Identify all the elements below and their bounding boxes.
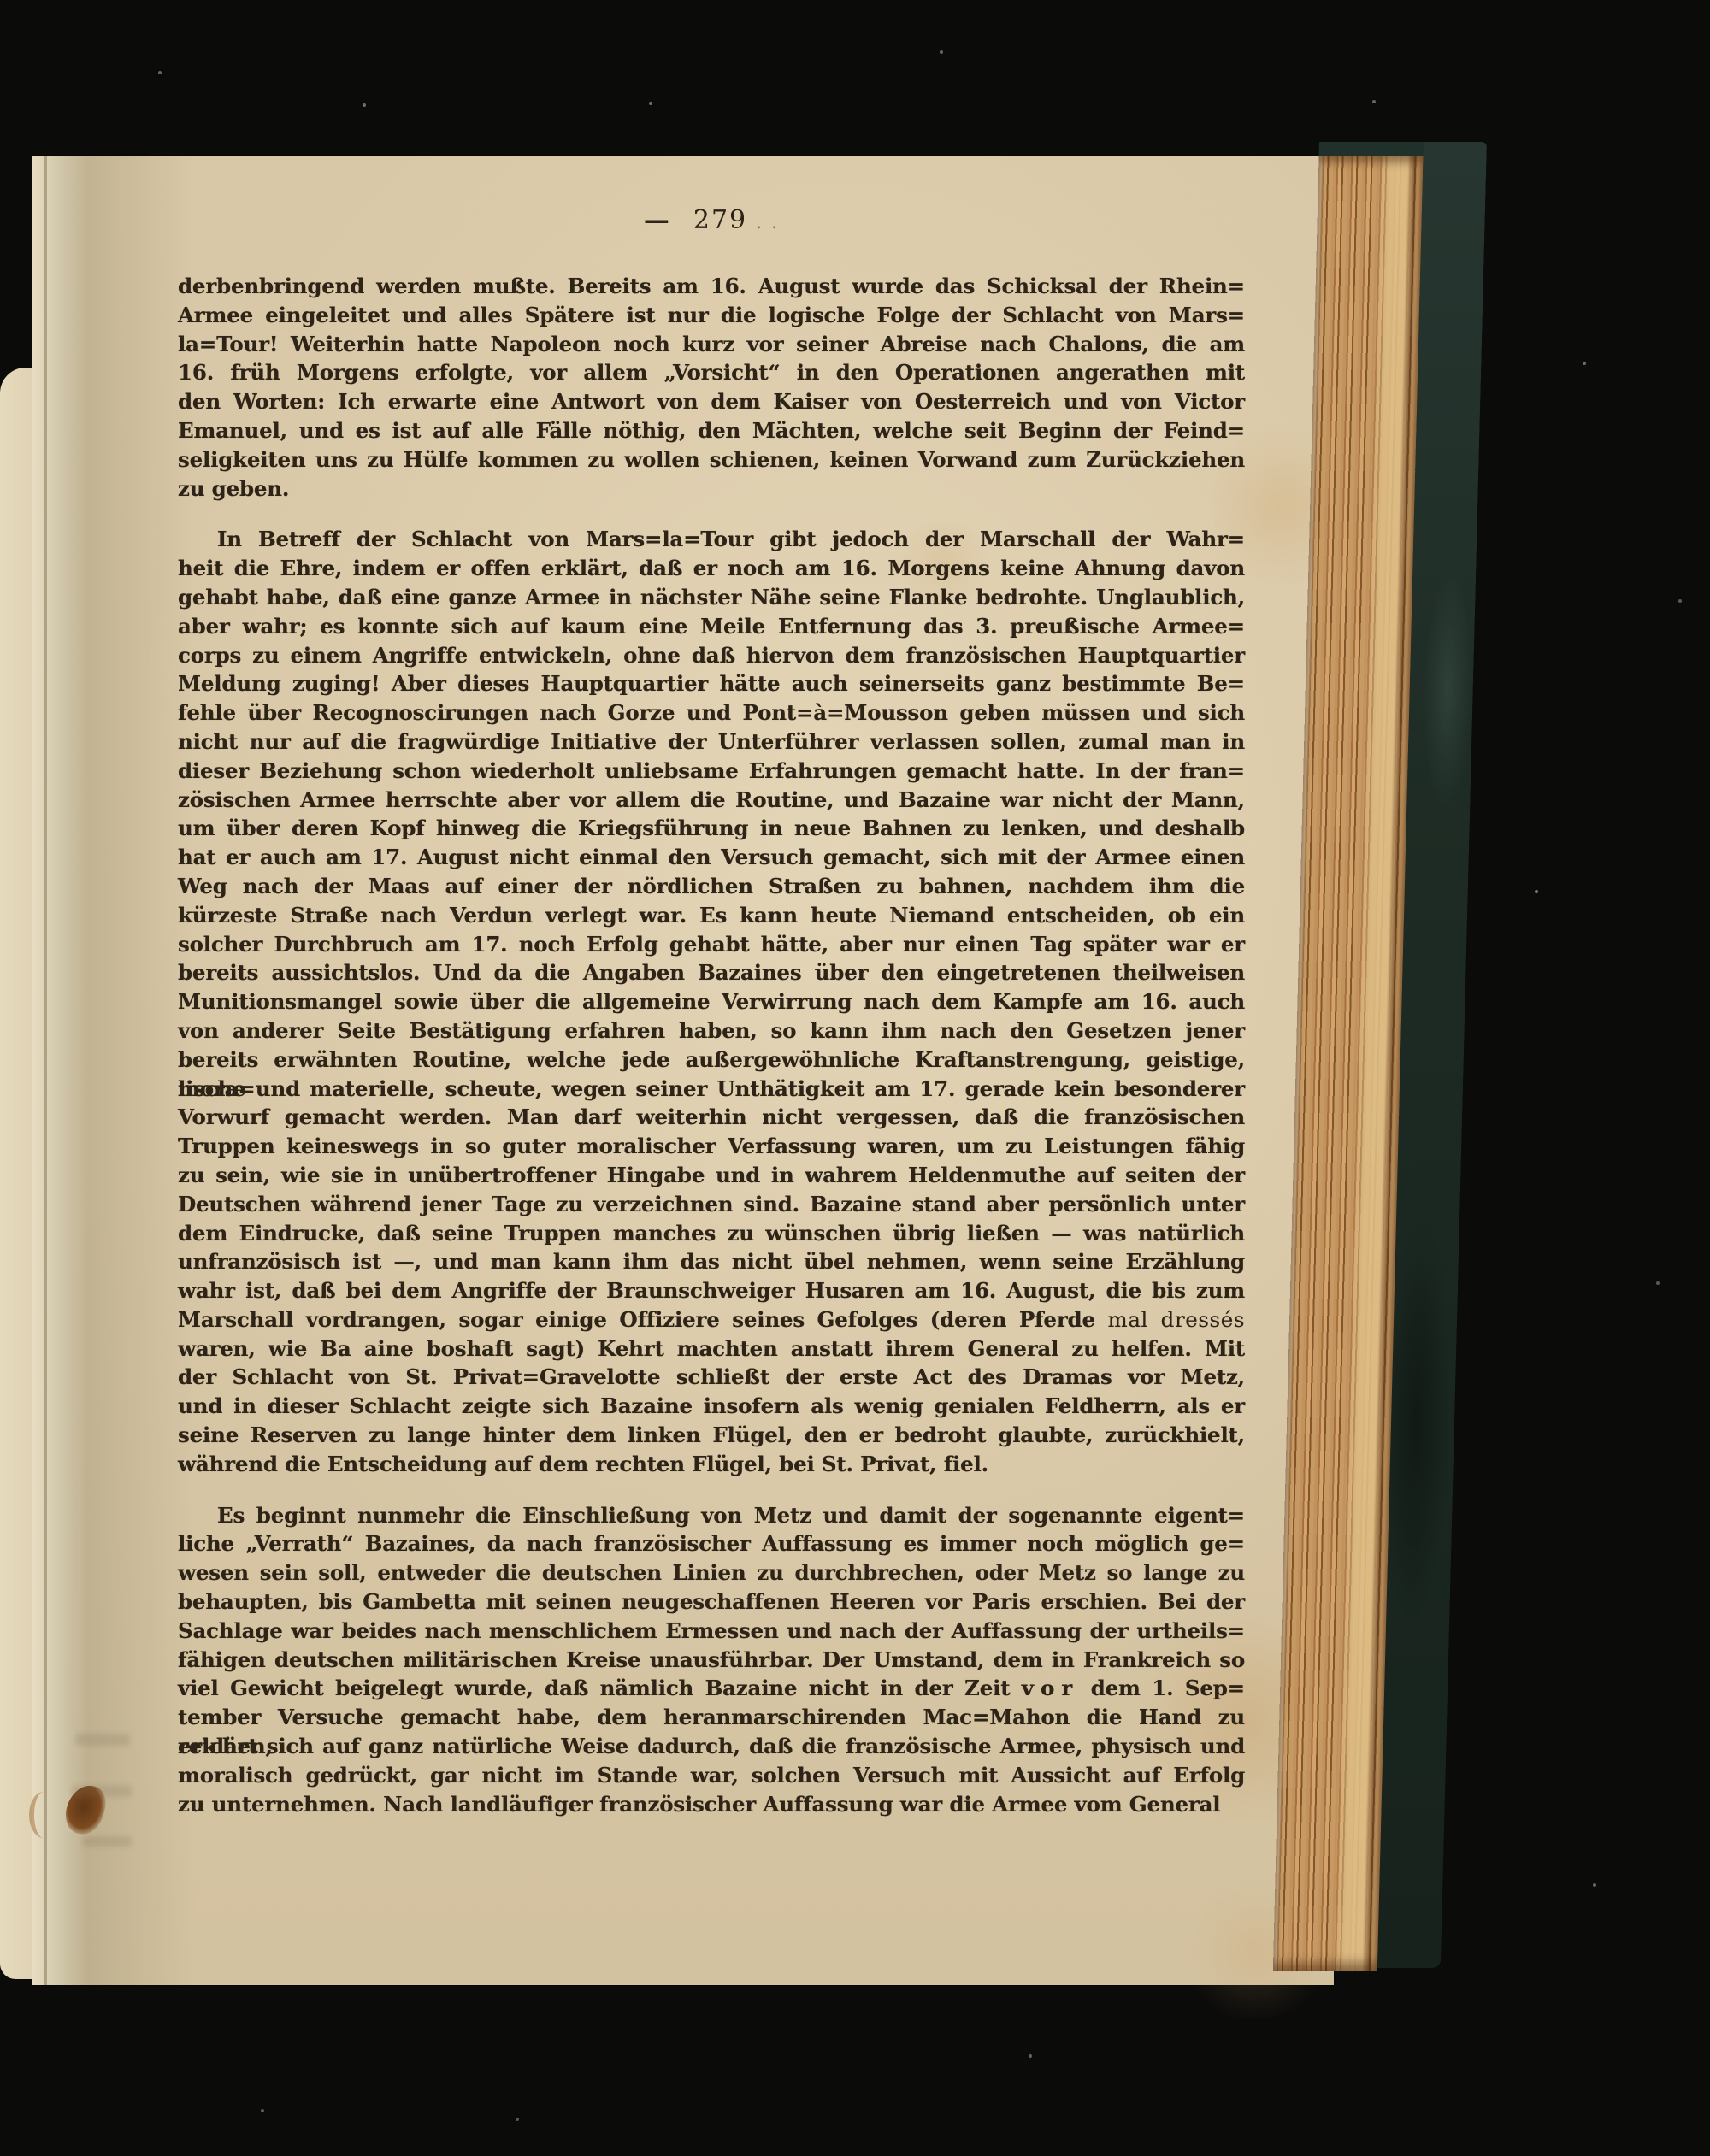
text-line: zu unternehmen. Nach landläufiger franzö… bbox=[178, 1790, 1245, 1819]
text-line: derbenbringend werden mußte. Bereits am … bbox=[178, 272, 1245, 301]
text-line: lische und materielle, scheute, wegen se… bbox=[178, 1075, 1245, 1104]
text-line: bereits aussichtslos. Und da die Angaben… bbox=[178, 958, 1245, 987]
text-line: fähigen deutschen militärischen Kreise u… bbox=[178, 1646, 1245, 1675]
paragraph: Es beginnt nunmehr die Einschließung von… bbox=[178, 1501, 1245, 1819]
text-line: Munitionsmangel sowie über die allgemein… bbox=[178, 987, 1245, 1016]
text-line: Deutschen während jener Tage zu verzeich… bbox=[178, 1190, 1245, 1219]
text-line: liche „Verrath“ Bazaines, da nach franzö… bbox=[178, 1529, 1245, 1558]
text-line: Weg nach der Maas auf einer der nördlich… bbox=[178, 872, 1245, 901]
text-line: tember Versuche gemacht habe, dem heranm… bbox=[178, 1703, 1245, 1732]
text-line: der Schlacht von St. Privat=Gravelotte s… bbox=[178, 1363, 1245, 1392]
text-line: von anderer Seite Bestätigung erfahren h… bbox=[178, 1016, 1245, 1046]
text-line: zösischen Armee herrschte aber vor allem… bbox=[178, 786, 1245, 815]
paragraph: derbenbringend werden mußte. Bereits am … bbox=[178, 272, 1245, 503]
text-line: solcher Durchbruch am 17. noch Erfolg ge… bbox=[178, 930, 1245, 959]
text-line: erklärt sich auf ganz natürliche Weise d… bbox=[178, 1732, 1245, 1761]
text-line: unfranzösisch ist —, und man kann ihm da… bbox=[178, 1247, 1245, 1276]
text-line: wesen sein soll, entweder die deutschen … bbox=[178, 1558, 1245, 1588]
text-line: nicht nur auf die fragwürdige Initiative… bbox=[178, 728, 1245, 757]
text-line: wahr ist, daß bei dem Angriffe der Braun… bbox=[178, 1276, 1245, 1305]
text-line: Armee eingeleitet und alles Spätere ist … bbox=[178, 301, 1245, 330]
text-line: Marschall vordrangen, sogar einige Offiz… bbox=[178, 1305, 1245, 1334]
text-line: bereits erwähnten Routine, welche jede a… bbox=[178, 1046, 1245, 1075]
text-line: waren, wie Ba aine boshaft sagt) Kehrt m… bbox=[178, 1334, 1245, 1364]
text-line: um über deren Kopf hinweg die Kriegsführ… bbox=[178, 814, 1245, 843]
text-line: hat er auch am 17. August nicht einmal d… bbox=[178, 843, 1245, 872]
header-marks: . . bbox=[756, 212, 779, 233]
text-segment: dem 1. Sep= bbox=[1079, 1676, 1245, 1700]
text-line: den Worten: Ich erwarte eine Antwort von… bbox=[178, 387, 1245, 416]
dust-speckles bbox=[0, 0, 2, 2]
show-through-smudge bbox=[82, 1836, 132, 1847]
text-line: behaupten, bis Gambetta mit seinen neuge… bbox=[178, 1588, 1245, 1617]
gutter-crease bbox=[44, 156, 47, 1985]
photo-background: { "page": { "number": "279", "header_das… bbox=[0, 0, 1710, 2156]
text-line: Sachlage war beides nach menschlichem Er… bbox=[178, 1617, 1245, 1646]
book-page: —279. . derbenbringend werden mußte. Ber… bbox=[32, 156, 1334, 1985]
text-line: seine Reserven zu lange hinter dem linke… bbox=[178, 1421, 1245, 1450]
text-segment: Marschall vordrangen, sogar einige Offiz… bbox=[178, 1307, 1108, 1332]
text-line: Es beginnt nunmehr die Einschließung von… bbox=[178, 1501, 1245, 1530]
text-segment: viel Gewicht beigelegt wurde, daß nämlic… bbox=[178, 1676, 1022, 1700]
text-segment-sperr: vor bbox=[1022, 1676, 1080, 1700]
page-header: —279. . bbox=[178, 205, 1245, 235]
text-line: In Betreff der Schlacht von Mars=la=Tour… bbox=[178, 525, 1245, 554]
text-line: dem Eindrucke, daß seine Truppen manches… bbox=[178, 1219, 1245, 1248]
text-line: während die Entscheidung auf dem rechten… bbox=[178, 1450, 1245, 1479]
show-through-smudge bbox=[72, 1785, 132, 1797]
text-line: viel Gewicht beigelegt wurde, daß nämlic… bbox=[178, 1674, 1245, 1703]
ink-blot-arc bbox=[29, 1792, 58, 1838]
text-line: Emanuel, und es ist auf alle Fälle nöthi… bbox=[178, 416, 1245, 445]
text-line: moralisch gedrückt, gar nicht im Stande … bbox=[178, 1761, 1245, 1790]
scene: —279. . derbenbringend werden mußte. Ber… bbox=[0, 0, 1710, 2156]
text-line: zu geben. bbox=[178, 474, 1245, 504]
show-through-smudge bbox=[75, 1734, 130, 1746]
text-line: seligkeiten uns zu Hülfe kommen zu wolle… bbox=[178, 445, 1245, 474]
text-line: fehle über Recognoscirungen nach Gorze u… bbox=[178, 698, 1245, 728]
text-line: heit die Ehre, indem er offen erklärt, d… bbox=[178, 554, 1245, 583]
text-block: derbenbringend werden mußte. Bereits am … bbox=[178, 272, 1245, 1818]
text-line: und in dieser Schlacht zeigte sich Bazai… bbox=[178, 1392, 1245, 1421]
text-line: dieser Beziehung schon wiederholt unlieb… bbox=[178, 757, 1245, 786]
text-line: corps zu einem Angriffe entwickeln, ohne… bbox=[178, 641, 1245, 670]
page-number: 279 bbox=[693, 205, 747, 235]
text-line: aber wahr; es konnte sich auf kaum eine … bbox=[178, 612, 1245, 641]
gutter-shadow bbox=[32, 156, 195, 1985]
text-line: la=Tour! Weiterhin hatte Napoleon noch k… bbox=[178, 330, 1245, 359]
text-line: Meldung zuging! Aber dieses Hauptquartie… bbox=[178, 669, 1245, 698]
text-line: zu sein, wie sie in unübertroffener Hing… bbox=[178, 1161, 1245, 1190]
paragraph: In Betreff der Schlacht von Mars=la=Tour… bbox=[178, 525, 1245, 1478]
text-line: Vorwurf gemacht werden. Man darf weiterh… bbox=[178, 1103, 1245, 1132]
text-line: gehabt habe, daß eine ganze Armee in näc… bbox=[178, 583, 1245, 612]
text-segment-antiqua: mal dressés bbox=[1108, 1307, 1246, 1332]
header-dash: — bbox=[644, 205, 671, 235]
text-line: 16. früh Morgens erfolgte, vor allem „Vo… bbox=[178, 358, 1245, 387]
text-line: Truppen keineswegs in so guter moralisch… bbox=[178, 1132, 1245, 1161]
text-line: kürzeste Straße nach Verdun verlegt war.… bbox=[178, 901, 1245, 930]
